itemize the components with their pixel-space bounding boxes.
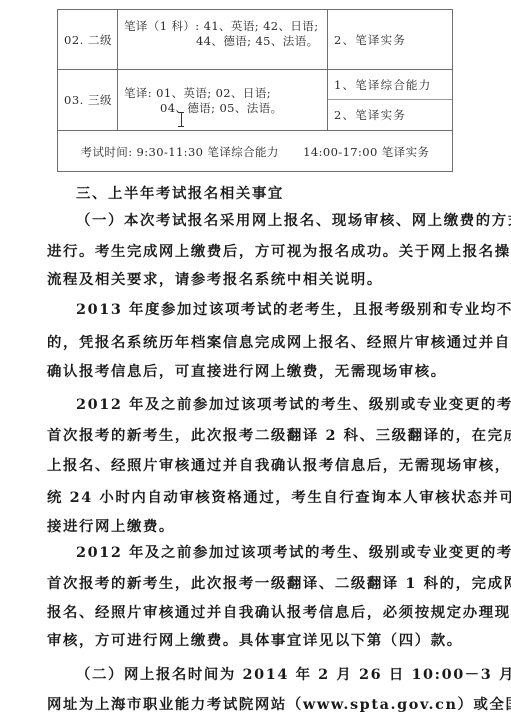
table-footer-row: 考试时间: 9:30-11:30 笔译综合能力 14:00-17:00 笔译实务	[58, 131, 452, 172]
level-cell: 03. 三级	[58, 70, 118, 130]
paragraph-line: 2012 年及之前参加过该项考试的考生、级别或专业变更的考生、	[76, 543, 511, 563]
paragraph-line: 首次报考的新考生，此次报考二级翻译 2 科、三级翻译的，在完成网	[47, 426, 511, 446]
paragraph-line: 统 24 小时内自动审核资格通过，考生自行查询本人审核状态并可直	[47, 488, 511, 508]
paragraph-line: 网址为上海市职业能力考试院网站（www.spta.gov.cn）或全国专业	[47, 695, 511, 715]
subject-item: 2、笔译实务	[328, 100, 452, 130]
table-row-level-3: 03. 三级 笔译: 01、英语; 02、日语; 04、德语; 05、法语。 1…	[58, 70, 452, 131]
subject-item: 2、笔译实务	[328, 10, 452, 69]
paragraph-line: 流程及相关要求，请参考报名系统中相关说明。	[47, 270, 383, 290]
paragraph-line: 上报名、经照片审核通过并自我确认报考信息后，无需现场审核，系	[47, 456, 511, 476]
languages-line-1: 笔译: 01、英语; 02、日语;	[124, 86, 327, 101]
paragraph-line: 确认报考信息后，可直接进行网上缴费，无需现场审核。	[47, 362, 447, 382]
subjects-cell: 2、笔译实务	[328, 10, 452, 69]
paragraph-line: （二）网上报名时间为 2014 年 2 月 26 日 10:00－3 月 8 日…	[76, 665, 511, 685]
paragraph-line: 2012 年及之前参加过该项考试的考生、级别或专业变更的考生、	[76, 395, 511, 415]
table-row-level-2: 02. 二级 笔译（1 科）: 41、英语; 42、日语; 44、德语; 45、…	[58, 10, 452, 70]
paragraph-line: 2013 年度参加过该项考试的老考生，且报考级别和专业均不变	[76, 300, 511, 320]
subjects-cell: 1、笔译综合能力 2、笔译实务	[328, 70, 452, 130]
paragraph-line: 审核，方可进行网上缴费。具体事宜详见以下第（四）款。	[47, 631, 463, 651]
languages-line-2: 04、德语; 05、法语。	[124, 101, 327, 116]
languages-line-2: 44、德语; 45、法语。	[124, 34, 327, 49]
paragraph-line: 进行。考生完成网上缴费后，方可视为报名成功。关于网上报名操作	[47, 242, 511, 262]
paragraph-line: 接进行网上缴费。	[47, 517, 175, 537]
section-heading: 三、上半年考试报名相关事宜	[76, 184, 284, 204]
subject-item: 1、笔译综合能力	[328, 70, 452, 100]
paragraph-line: 首次报考的新考生，此次报考一级翻译、二级翻译 1 科的，完成网上	[47, 574, 511, 594]
languages-cell[interactable]: 笔译（1 科）: 41、英语; 42、日语; 44、德语; 45、法语。	[118, 10, 328, 69]
exam-levels-table: 02. 二级 笔译（1 科）: 41、英语; 42、日语; 44、德语; 45、…	[57, 9, 453, 172]
text-cursor-icon	[178, 112, 184, 127]
paragraph-line: （一）本次考试报名采用网上报名、现场审核、网上缴费的方式	[76, 211, 511, 231]
languages-line-1: 笔译（1 科）: 41、英语; 42、日语;	[124, 19, 327, 34]
level-cell: 02. 二级	[58, 10, 118, 69]
languages-cell[interactable]: 笔译: 01、英语; 02、日语; 04、德语; 05、法语。	[118, 70, 328, 130]
exam-time-text: 考试时间: 9:30-11:30 笔译综合能力 14:00-17:00 笔译实务	[58, 131, 452, 172]
paragraph-line: 的，凭报名系统历年档案信息完成网上报名、经照片审核通过并自我	[47, 333, 511, 353]
paragraph-line: 报名、经照片审核通过并自我确认报考信息后，必须按规定办理现场	[47, 603, 511, 623]
